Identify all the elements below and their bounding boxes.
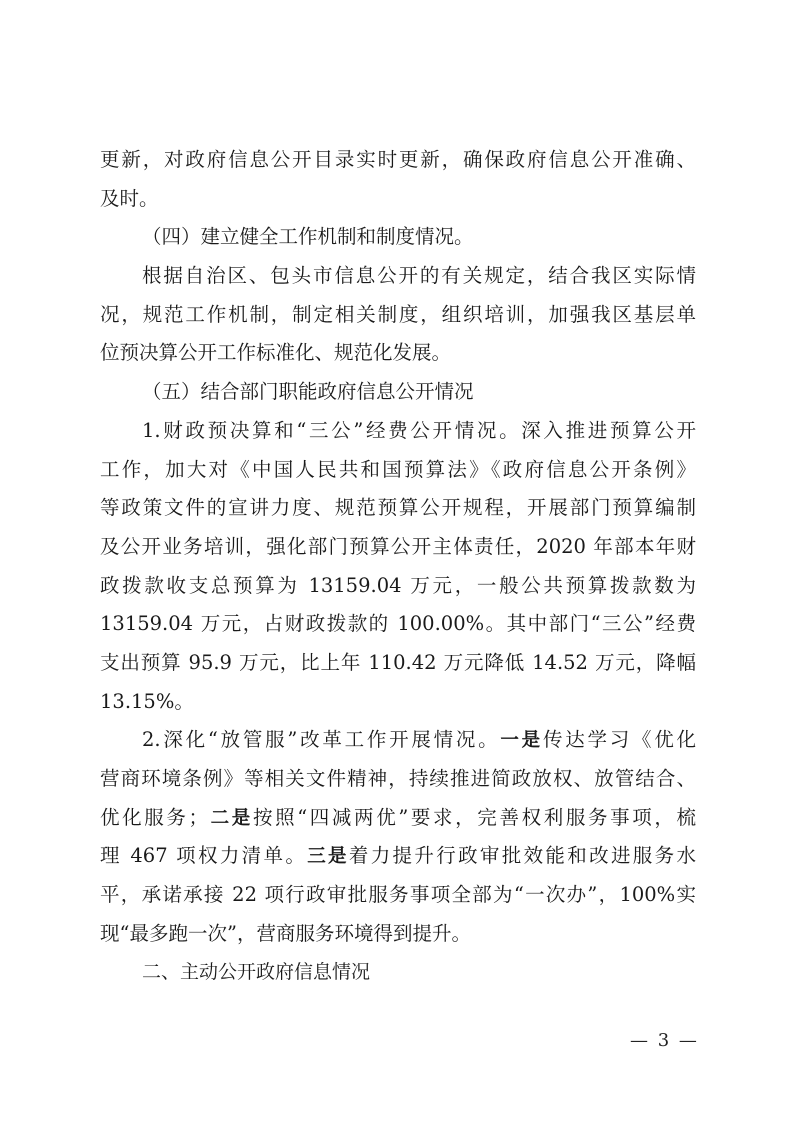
subsection-heading-4: （四）建立健全工作机制和制度情况。	[100, 218, 696, 257]
reform-text: 着力提升行政审批效能和改进服务水	[349, 844, 696, 867]
reform-paragraph-line: 理 467 项权力清单。三是着力提升行政审批效能和改进服务水	[100, 837, 696, 876]
page-number: — 3 —	[630, 1030, 699, 1051]
paragraph-line: 1.财政预决算和“三公”经费公开情况。深入推进预算公开	[100, 412, 696, 451]
paragraph-line: 况，规范工作机制，制定相关制度，组织培训，加强我区基层单	[100, 296, 696, 335]
bold-marker-first: 一是	[500, 730, 543, 751]
reform-paragraph-line: 2.深化“放管服”改革工作开展情况。一是传达学习《优化	[100, 721, 696, 760]
reform-paragraph-line: 优化服务；二是按照“四减两优”要求，完善权利服务事项，梳	[100, 799, 696, 838]
paragraph-line: 等政策文件的宣讲力度、规范预算公开规程，开展部门预算编制	[100, 489, 696, 528]
subsection-heading-5: （五）结合部门职能政府信息公开情况	[100, 373, 696, 412]
reform-text: 按照“四减两优”要求，完善权利服务事项，梳	[253, 806, 696, 829]
paragraph-line: 支出预算 95.9 万元，比上年 110.42 万元降低 14.52 万元，降幅	[100, 644, 696, 683]
paragraph-line: 及时。	[100, 180, 696, 219]
paragraph-line: 工作，加大对《中国人民共和国预算法》《政府信息公开条例》	[100, 451, 696, 490]
document-body: 更新，对政府信息公开目录实时更新，确保政府信息公开准确、 及时。 （四）建立健全…	[100, 141, 696, 992]
reform-paragraph-line: 营商环境条例》等相关文件精神，持续推进简政放权、放管结合、	[100, 760, 696, 799]
paragraph-line: 政拨款收支总预算为 13159.04 万元，一般公共预算拨款数为	[100, 567, 696, 606]
bold-marker-third: 三是	[307, 846, 349, 867]
paragraph-line: 更新，对政府信息公开目录实时更新，确保政府信息公开准确、	[100, 141, 696, 180]
section-heading-2: 二、主动公开政府信息情况	[100, 953, 696, 992]
paragraph-line: 根据自治区、包头市信息公开的有关规定，结合我区实际情	[100, 257, 696, 296]
paragraph-line: 位预决算公开工作标准化、规范化发展。	[100, 334, 696, 373]
reform-text: 优化服务；	[100, 806, 208, 829]
reform-text: 传达学习《优化	[543, 728, 696, 751]
paragraph-line: 13159.04 万元，占财政拨款的 100.00%。其中部门“三公”经费	[100, 605, 696, 644]
reform-paragraph-line: 平，承诺承接 22 项行政审批服务事项全部为“一次办”，100%实	[100, 876, 696, 915]
paragraph-line: 及公开业务培训，强化部门预算公开主体责任，2020 年部本年财	[100, 528, 696, 567]
reform-paragraph-line: 现“最多跑一次”，营商服务环境得到提升。	[100, 915, 696, 954]
reform-text: 理 467 项权力清单。	[100, 844, 307, 867]
paragraph-line: 13.15%。	[100, 683, 696, 722]
reform-intro: 2.深化“放管服”改革工作开展情况。	[142, 728, 500, 751]
bold-marker-second: 二是	[208, 808, 253, 829]
